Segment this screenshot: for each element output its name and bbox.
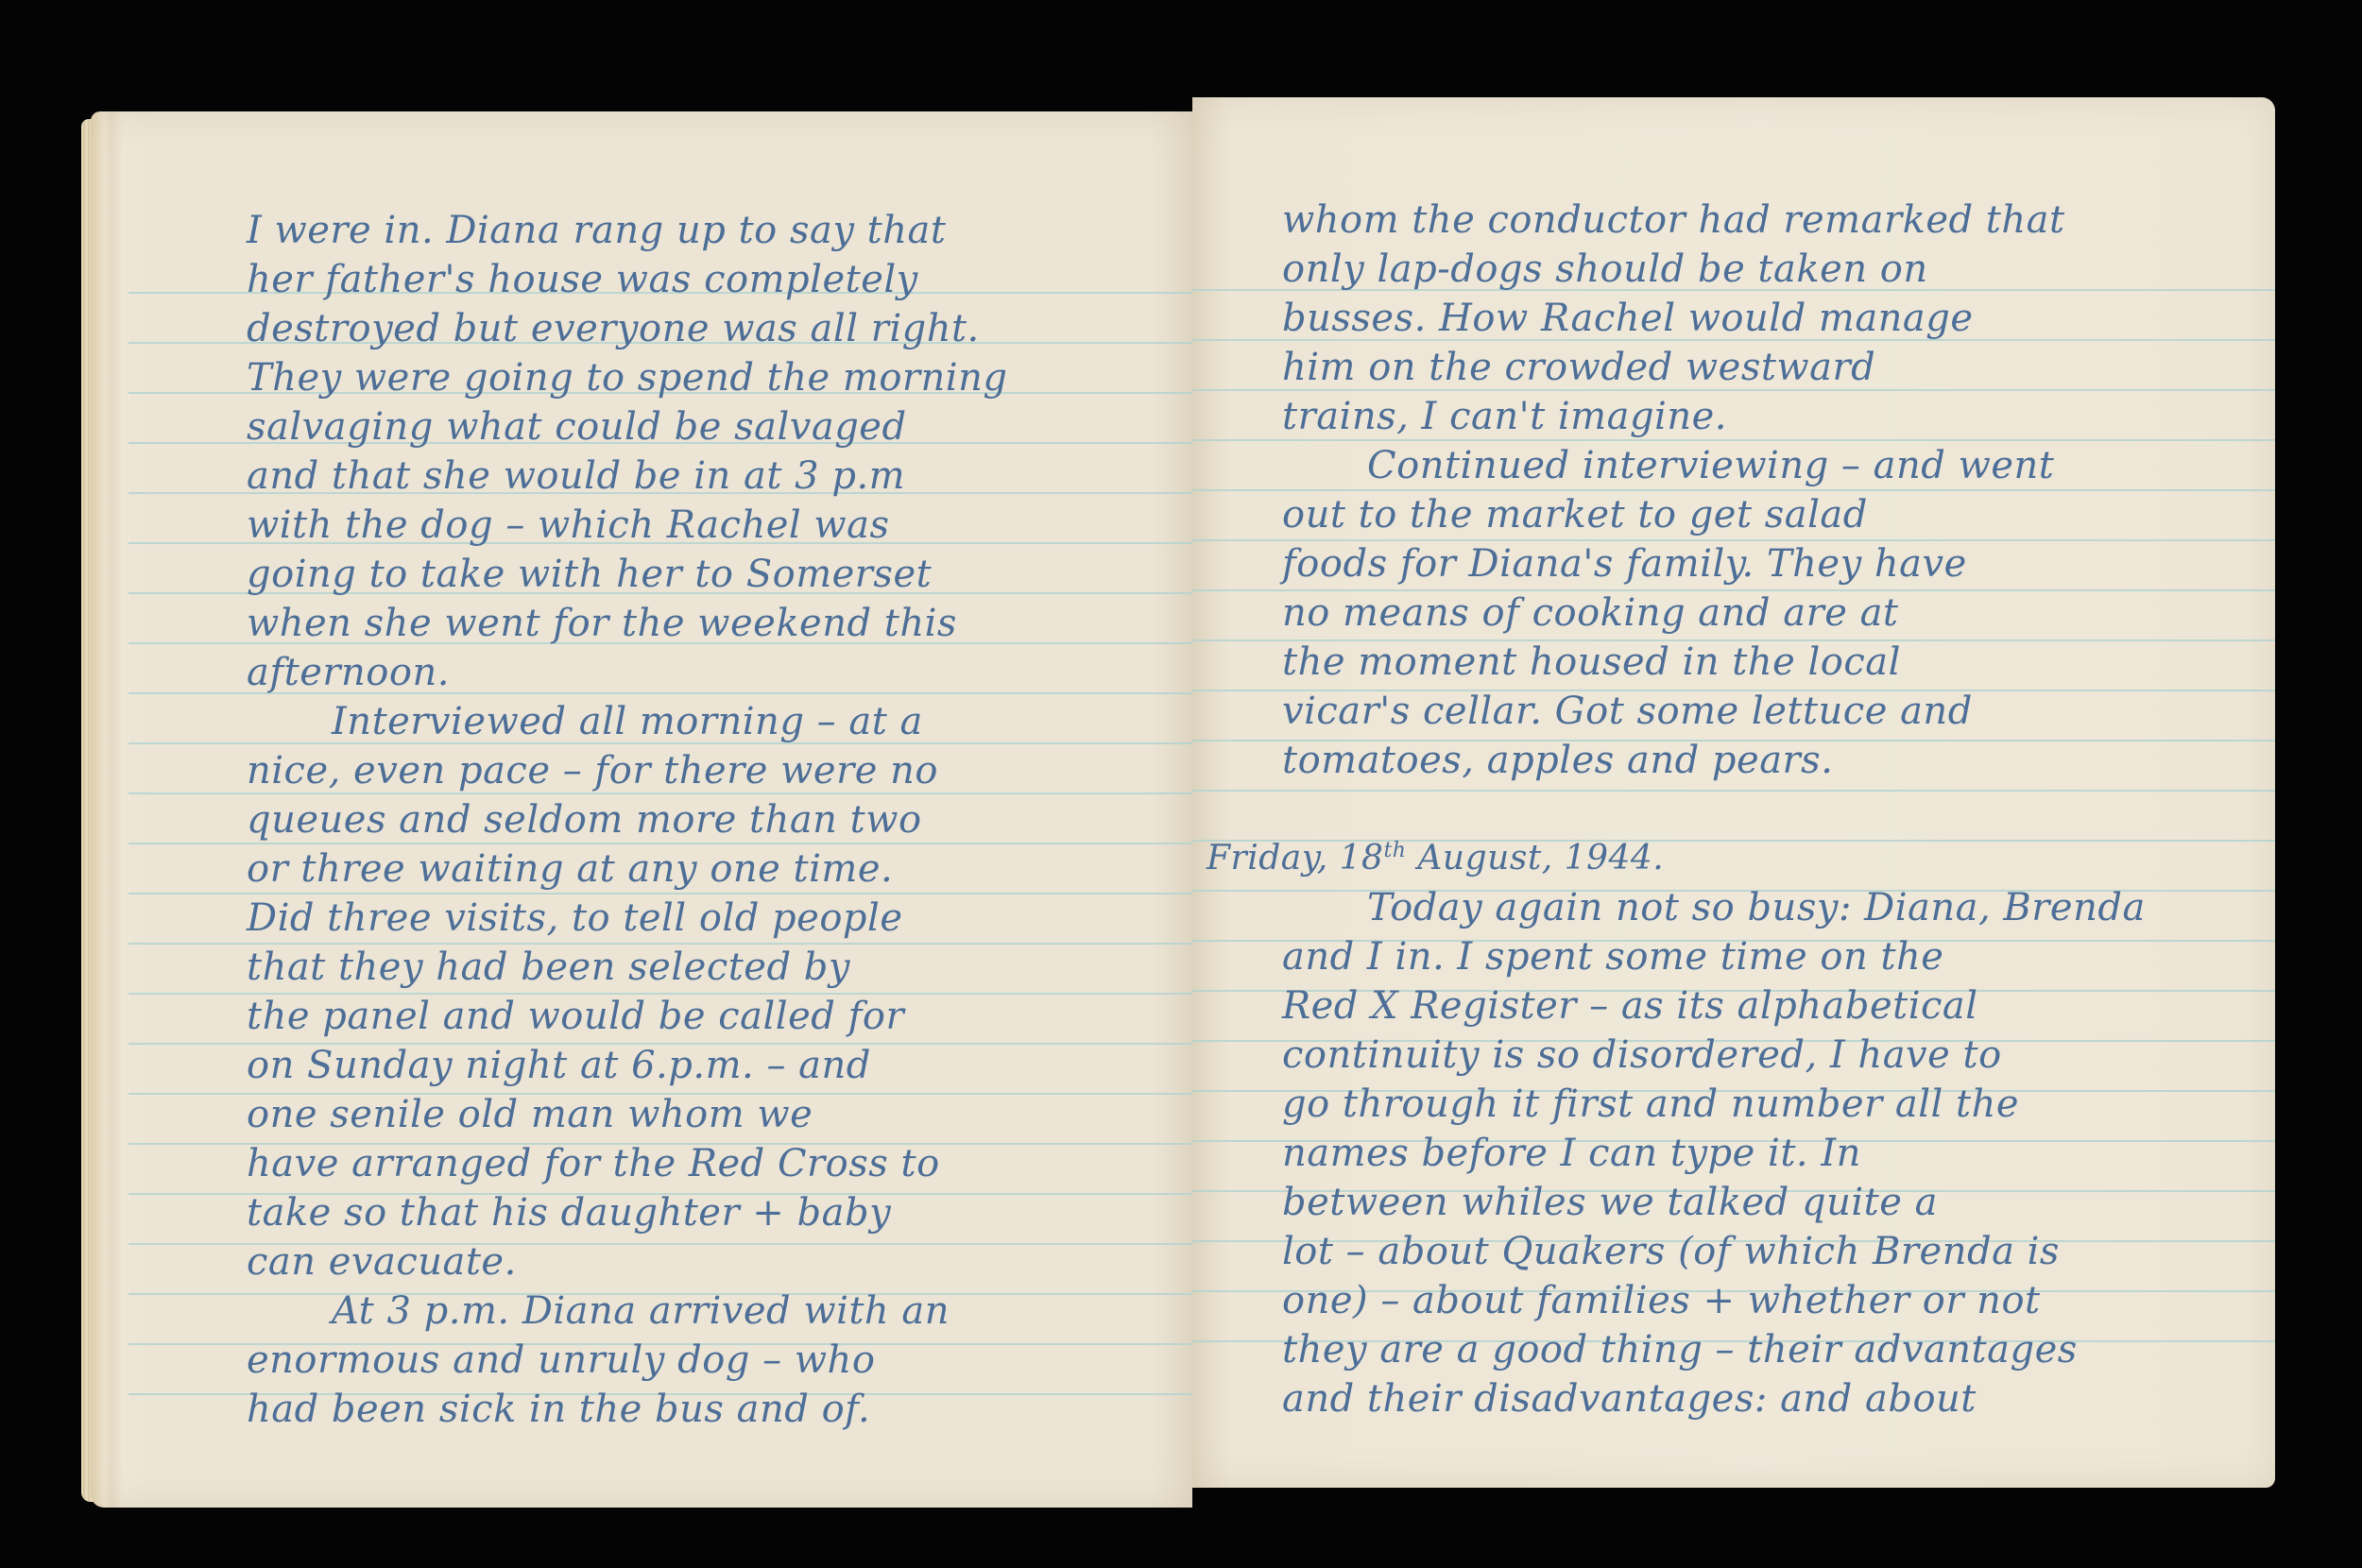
handwritten-line: only lap-dogs should be taken on <box>1282 245 2146 294</box>
handwritten-line: afternoon. <box>247 648 1007 697</box>
date-heading: Friday, 18th August, 1944. <box>1207 834 2146 883</box>
handwritten-line: Interviewed all morning – at a <box>247 697 1007 746</box>
date-day: Friday, 18 <box>1207 839 1383 878</box>
handwritten-line: whom the conductor had remarked that <box>1282 196 2146 245</box>
handwritten-line: go through it first and number all the <box>1282 1080 2146 1129</box>
handwritten-line: between whiles we talked quite a <box>1282 1178 2146 1227</box>
handwritten-line: her father's house was completely <box>247 255 1007 304</box>
left-page: I were in. Diana rang up to say that her… <box>91 111 1192 1508</box>
handwritten-line: They were going to spend the morning <box>247 353 1007 402</box>
handwritten-line: I were in. Diana rang up to say that <box>247 206 1007 255</box>
handwritten-line: can evacuate. <box>247 1237 1007 1287</box>
handwritten-line: him on the crowded westward <box>1282 343 2146 392</box>
handwritten-line: enormous and unruly dog – who <box>247 1336 1007 1385</box>
blank-line <box>1282 785 2146 834</box>
handwritten-line: nice, even pace – for there were no <box>247 746 1007 795</box>
handwritten-line: on Sunday night at 6.p.m. – and <box>247 1041 1007 1090</box>
handwritten-line: queues and seldom more than two <box>247 795 1007 844</box>
handwritten-line: one) – about families + whether or not <box>1282 1276 2146 1325</box>
handwritten-line: out to the market to get salad <box>1282 490 2146 539</box>
date-ordinal: th <box>1383 839 1406 862</box>
handwritten-line: or three waiting at any one time. <box>247 844 1007 894</box>
handwritten-line: lot – about Quakers (of which Brenda is <box>1282 1227 2146 1276</box>
handwritten-line: and their disadvantages: and about <box>1282 1374 2146 1423</box>
handwritten-line: foods for Diana's family. They have <box>1282 539 2146 588</box>
handwritten-line: one senile old man whom we <box>247 1090 1007 1139</box>
handwritten-line: trains, I can't imagine. <box>1282 392 2146 441</box>
right-page-text: whom the conductor had remarked that onl… <box>1282 196 2146 1423</box>
handwritten-line: that they had been selected by <box>247 943 1007 992</box>
handwritten-line: going to take with her to Somerset <box>247 550 1007 599</box>
handwritten-line: continuity is so disordered, I have to <box>1282 1031 2146 1080</box>
handwritten-line: Today again not so busy: Diana, Brenda <box>1282 883 2146 932</box>
right-page: whom the conductor had remarked that onl… <box>1192 97 2275 1488</box>
left-page-text: I were in. Diana rang up to say that her… <box>247 206 1007 1434</box>
handwritten-line: names before I can type it. In <box>1282 1129 2146 1178</box>
handwritten-line: Red X Register – as its alphabetical <box>1282 981 2146 1031</box>
handwritten-line: Continued interviewing – and went <box>1282 441 2146 490</box>
date-month-year: August, 1944. <box>1406 839 1664 878</box>
handwritten-line: and I in. I spent some time on the <box>1282 932 2146 981</box>
handwritten-line: no means of cooking and are at <box>1282 588 2146 638</box>
handwritten-line: the panel and would be called for <box>247 992 1007 1041</box>
handwritten-line: take so that his daughter + baby <box>247 1188 1007 1237</box>
handwritten-line: have arranged for the Red Cross to <box>247 1139 1007 1188</box>
handwritten-line: they are a good thing – their advantages <box>1282 1325 2146 1374</box>
handwritten-line: destroyed but everyone was all right. <box>247 304 1007 353</box>
handwritten-line: At 3 p.m. Diana arrived with an <box>247 1287 1007 1336</box>
handwritten-line: when she went for the weekend this <box>247 599 1007 648</box>
handwritten-line: vicar's cellar. Got some lettuce and <box>1282 687 2146 736</box>
handwritten-line: with the dog – which Rachel was <box>247 501 1007 550</box>
handwritten-line: had been sick in the bus and of. <box>247 1385 1007 1434</box>
handwritten-line: salvaging what could be salvaged <box>247 402 1007 452</box>
handwritten-line: the moment housed in the local <box>1282 638 2146 687</box>
handwritten-line: busses. How Rachel would manage <box>1282 294 2146 343</box>
handwritten-line: and that she would be in at 3 p.m <box>247 452 1007 501</box>
handwritten-line: tomatoes, apples and pears. <box>1282 736 2146 785</box>
handwritten-line: Did three visits, to tell old people <box>247 894 1007 943</box>
